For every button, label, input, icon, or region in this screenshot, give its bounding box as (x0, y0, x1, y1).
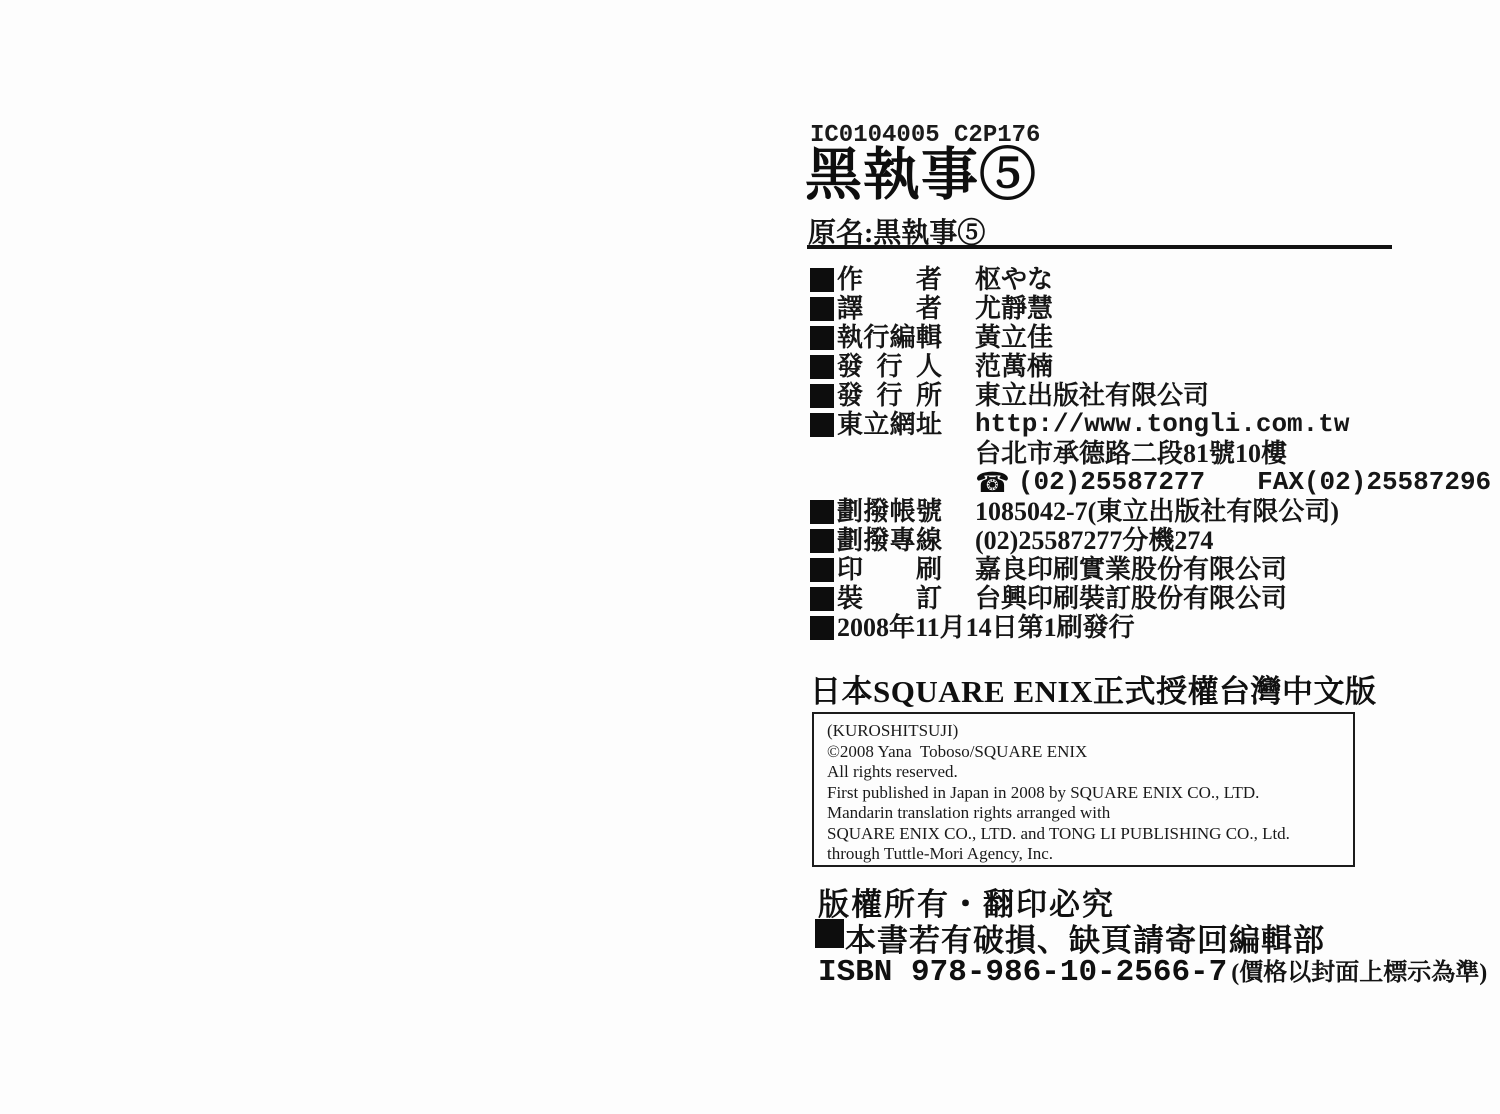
bullet-square-icon (810, 326, 834, 350)
row-value: 尤靜慧 (975, 294, 1053, 323)
bullet-square-icon (810, 297, 834, 321)
copyright-line-companies: SQUARE ENIX CO., LTD. and TONG LI PUBLIS… (827, 824, 1345, 845)
title-divider (807, 245, 1392, 249)
copyright-box: (KUROSHITSUJI) ©2008 Yana Toboso/SQUARE … (812, 712, 1355, 867)
colophon-row-address: 台北市承德路二段81號10樓 (810, 439, 1410, 468)
row-label: 發行人 (837, 352, 942, 381)
row-value: 東立出版社有限公司 (975, 381, 1209, 410)
fax-number: FAX(02)25587296 (1257, 468, 1491, 497)
colophon-row-postal-hotline: 劃撥專線 (02)25587277分機274 (810, 526, 1410, 555)
publisher-url: http://www.tongli.com.tw (975, 410, 1349, 439)
bullet-square-icon (810, 355, 834, 379)
row-value: 黃立佳 (975, 323, 1053, 352)
colophon-row-printer: 印刷 嘉良印刷實業股份有限公司 (810, 555, 1410, 584)
row-value: (02)25587277分機274 (975, 526, 1213, 555)
colophon-row-executive-editor: 執行編輯 黃立佳 (810, 323, 1410, 352)
row-value: 范萬楠 (975, 352, 1053, 381)
row-label: 裝訂 (837, 584, 942, 613)
bullet-square-icon (810, 558, 834, 582)
colophon-info-list: 作者 枢やな 譯者 尤靜慧 執行編輯 黃立佳 發行人 范萬楠 發行所 東立出版社… (810, 265, 1410, 642)
colophon-row-postal-account: 劃撥帳號 1085042-7(東立出版社有限公司) (810, 497, 1410, 526)
bullet-square-icon (810, 616, 834, 640)
colophon-row-publisher-person: 發行人 范萬楠 (810, 352, 1410, 381)
colophon-row-author: 作者 枢やな (810, 265, 1410, 294)
bullet-square-icon (810, 500, 834, 524)
phone-number: (02)25587277 (1018, 468, 1205, 497)
copyright-line-title: (KUROSHITSUJI) (827, 721, 1345, 742)
row-value: 嘉良印刷實業股份有限公司 (975, 555, 1287, 584)
row-label: 發行所 (837, 381, 942, 410)
colophon-row-binding: 裝訂 台興印刷裝訂股份有限公司 (810, 584, 1410, 613)
copyright-line-rights: All rights reserved. (827, 762, 1345, 783)
row-label: 印刷 (837, 555, 942, 584)
copyright-line-agency: through Tuttle-Mori Agency, Inc. (827, 844, 1345, 865)
copyright-line-arranged: Mandarin translation rights arranged wit… (827, 803, 1345, 824)
bullet-square-icon (810, 587, 834, 611)
license-statement: 日本SQUARE ENIX正式授權台灣中文版 (810, 666, 1376, 711)
bullet-square-icon (810, 413, 834, 437)
colophon-page: IC0104005 C2P176 黑執事⑤ 原名:黒執事⑤ 作者 枢やな 譯者 … (0, 0, 1500, 1114)
bullet-square-icon (810, 529, 834, 553)
publisher-address: 台北市承德路二段81號10樓 (975, 439, 1287, 468)
colophon-row-phone-fax: ☎ (02)25587277 FAX(02)25587296 (810, 468, 1410, 497)
book-title: 黑執事⑤ (805, 146, 1037, 206)
row-label: 執行編輯 (837, 323, 942, 352)
phone-icon: ☎ (975, 468, 1010, 497)
row-label: 劃撥帳號 (837, 497, 942, 526)
row-label: 東立網址 (837, 410, 942, 439)
row-label: 譯者 (837, 294, 942, 323)
row-value: 1085042-7(東立出版社有限公司) (975, 497, 1339, 526)
colophon-row-publishing-house: 發行所 東立出版社有限公司 (810, 381, 1410, 410)
bullet-square-icon (815, 919, 844, 948)
row-value: 台興印刷裝訂股份有限公司 (975, 584, 1287, 613)
bullet-square-icon (810, 384, 834, 408)
copyright-line-owner: ©2008 Yana Toboso/SQUARE ENIX (827, 742, 1345, 763)
isbn-price-note: (價格以封面上標示為準) (1231, 960, 1487, 986)
print-date: 2008年11月14日第1刷發行 (837, 613, 1135, 642)
isbn-number: ISBN 978-986-10-2566-7 (818, 955, 1227, 990)
row-label: 劃撥專線 (837, 526, 942, 555)
colophon-row-translator: 譯者 尤靜慧 (810, 294, 1410, 323)
copyright-line-first-published: First published in Japan in 2008 by SQUA… (827, 783, 1345, 804)
row-value: 枢やな (975, 265, 1053, 294)
colophon-row-print-date: 2008年11月14日第1刷發行 (810, 613, 1410, 642)
row-label: 作者 (837, 265, 942, 294)
bullet-square-icon (810, 268, 834, 292)
colophon-row-website: 東立網址 http://www.tongli.com.tw (810, 410, 1410, 439)
isbn-line: ISBN 978-986-10-2566-7 (價格以封面上標示為準) (818, 952, 1487, 990)
